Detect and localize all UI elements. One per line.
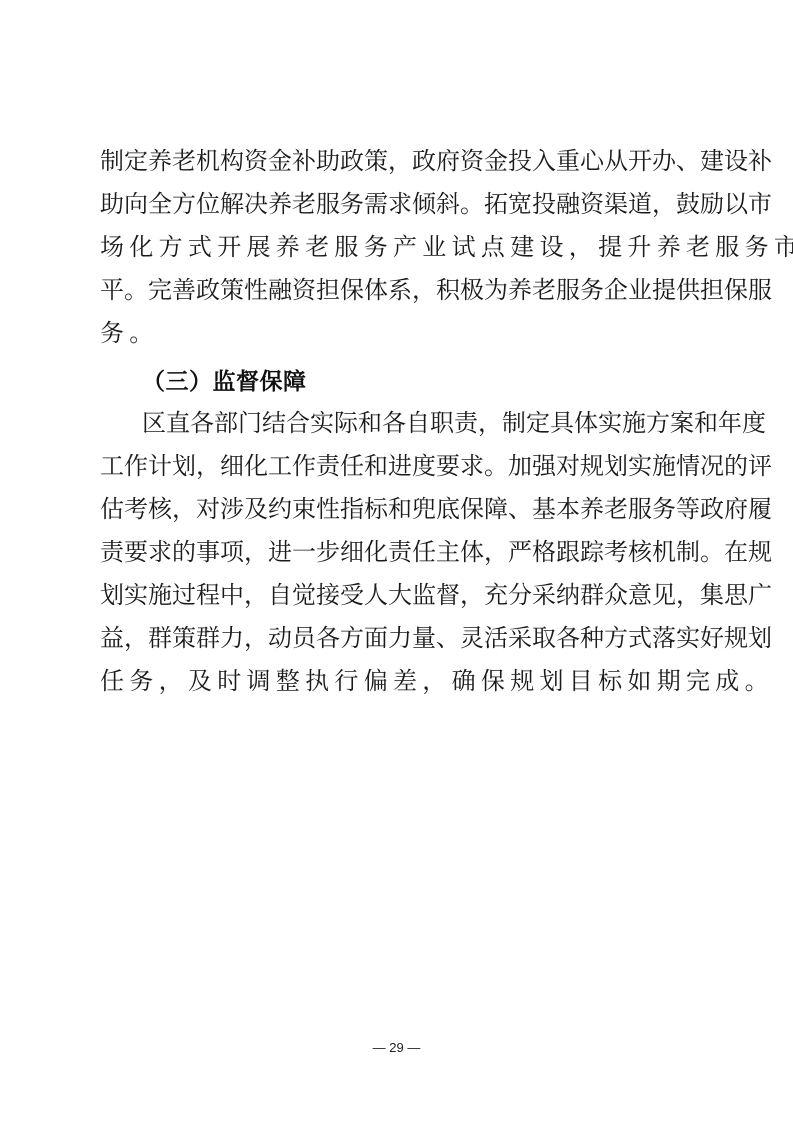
body-text-line: 任务，及时调整执行偏差，确保规划目标如期完成。 [100,666,700,696]
section-heading: （三）监督保障 [142,367,307,397]
body-text-line: 制定养老机构资金补助政策，政府资金投入重心从开办、建设补 [100,146,700,176]
body-text-line: 平。完善政策性融资担保体系，积极为养老服务企业提供担保服 [100,275,700,305]
document-page: 制定养老机构资金补助政策，政府资金投入重心从开办、建设补 助向全方位解决养老服务… [0,0,793,1122]
body-text-line: 益，群策群力，动员各方面力量、灵活采取各种方式落实好规划 [100,623,700,653]
body-text-line: 工作计划，细化工作责任和进度要求。加强对规划实施情况的评 [100,451,700,481]
body-text-line: 划实施过程中，自觉接受人大监督，充分采纳群众意见，集思广 [100,580,700,610]
body-text-line: 务。 [100,318,700,348]
body-text-line: 助向全方位解决养老服务需求倾斜。拓宽投融资渠道，鼓励以市 [100,189,700,219]
page-number: — 29 — [0,1040,793,1055]
body-text-line: 区直各部门结合实际和各自职责，制定具体实施方案和年度 [142,408,700,438]
body-text-line: 场化方式开展养老服务产业试点建设，提升养老服务市场化水 [100,232,700,262]
body-text-line: 责要求的事项，进一步细化责任主体，严格跟踪考核机制。在规 [100,537,700,567]
body-text-line: 估考核，对涉及约束性指标和兜底保障、基本养老服务等政府履 [100,494,700,524]
